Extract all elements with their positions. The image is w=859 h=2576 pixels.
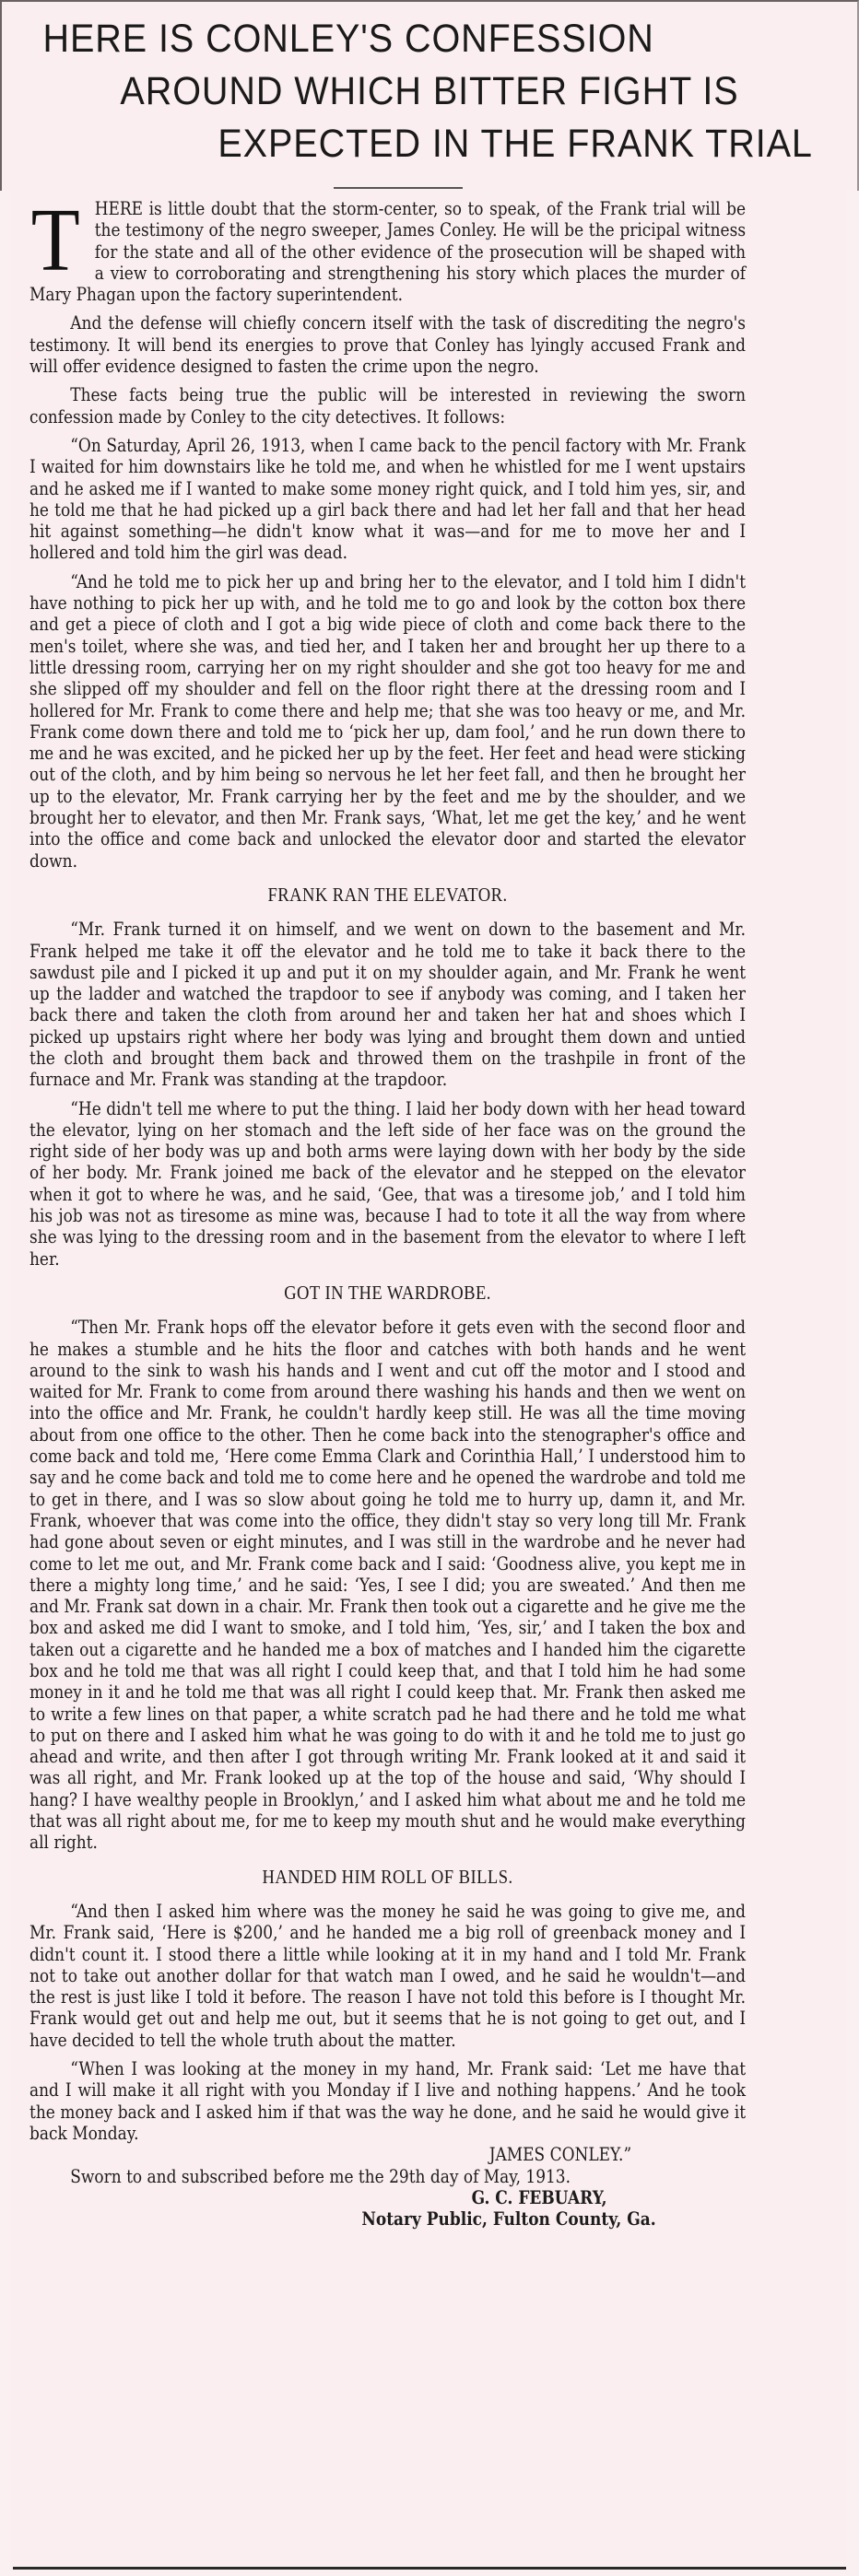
article-text: THERE is little doubt that the storm-cen… bbox=[29, 198, 746, 2230]
signature: JAMES CONLEY.” bbox=[29, 2144, 746, 2165]
notary-name: G. C. FEBUARY, bbox=[29, 2187, 746, 2208]
confession-paragraph: “On Saturday, April 26, 1913, when I cam… bbox=[29, 435, 746, 564]
notary-title: Notary Public, Fulton County, Ga. bbox=[29, 2208, 746, 2230]
headline-line-1: HERE IS CONLEY'S CONFESSION bbox=[36, 13, 823, 65]
headline-line-3: EXPECTED IN THE FRANK TRIAL bbox=[36, 118, 823, 170]
bottom-rule bbox=[13, 2567, 846, 2570]
sworn-statement: Sworn to and subscribed before me the 29… bbox=[29, 2166, 746, 2187]
subheading-handed-roll-of-bills: HANDED HIM ROLL OF BILLS. bbox=[29, 1867, 746, 1888]
confession-paragraph: “When I was looking at the money in my h… bbox=[29, 2058, 746, 2144]
confession-paragraph: “And he told me to pick her up and bring… bbox=[29, 571, 746, 872]
headline: HERE IS CONLEY'S CONFESSION AROUND WHICH… bbox=[36, 13, 823, 170]
newspaper-clipping: HERE IS CONLEY'S CONFESSION AROUND WHICH… bbox=[0, 0, 859, 2576]
article-body: THERE is little doubt that the storm-cen… bbox=[11, 189, 846, 2561]
drop-cap: T bbox=[31, 204, 80, 277]
confession-paragraph: “Mr. Frank turned it on himself, and we … bbox=[29, 919, 746, 1090]
headline-panel: HERE IS CONLEY'S CONFESSION AROUND WHICH… bbox=[0, 0, 859, 191]
subheading-got-in-wardrobe: GOT IN THE WARDROBE. bbox=[29, 1282, 746, 1304]
confession-paragraph: “Then Mr. Frank hops off the elevator be… bbox=[29, 1317, 746, 1853]
intro-paragraph-1: THERE is little doubt that the storm-cen… bbox=[29, 198, 746, 305]
intro-paragraph-2: And the defense will chiefly concern its… bbox=[29, 312, 746, 377]
confession-paragraph: “He didn't tell me where to put the thin… bbox=[29, 1098, 746, 1270]
intro-paragraph-3: These facts being true the public will b… bbox=[29, 384, 746, 427]
subheading-frank-ran-elevator: FRANK RAN THE ELEVATOR. bbox=[29, 884, 746, 906]
headline-line-2: AROUND WHICH BITTER FIGHT IS bbox=[36, 65, 823, 118]
confession-paragraph: “And then I asked him where was the mone… bbox=[29, 1901, 746, 2051]
